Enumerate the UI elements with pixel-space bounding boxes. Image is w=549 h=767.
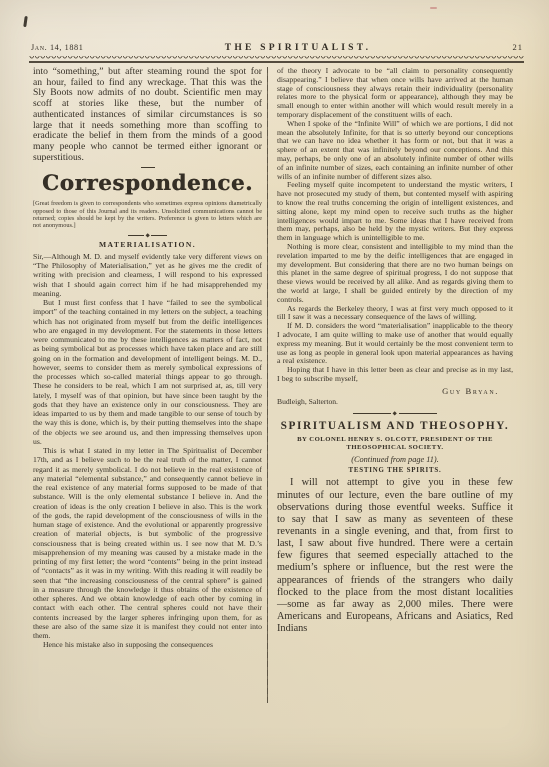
letter-paragraph: Sir,—Although M. D. and myself evidently… [33,252,262,298]
column-divider-rule [267,67,268,703]
left-column: into “something,” but after steaming rou… [33,67,262,650]
editorial-note: [Great freedom is given to correspondent… [33,200,262,229]
letter-paragraph: This is what I stated in my letter in Th… [33,446,262,640]
masthead: Jan. 14, 1881 THE SPIRITUALIST. 21 [31,42,523,53]
divider-line [399,413,437,414]
issue-date: Jan. 14, 1881 [31,43,83,52]
letter-paragraph: If M. D. considers the word “materialisa… [277,322,513,366]
article-divider [277,412,513,415]
article-continuation-paragraph: into “something,” but after steaming rou… [33,67,262,163]
letter-paragraph: Feeling myself quite incompetent to unde… [277,181,513,243]
letter-paragraph: Hoping that I have in this letter been a… [277,366,513,384]
letter-signature: Guy Bryan. [277,386,513,396]
newspaper-page: Jan. 14, 1881 THE SPIRITUALIST. 21 into … [0,0,549,767]
letter-paragraph: As regards the Berkeley theory, I was at… [277,305,513,323]
correspondence-heading: Correspondence. [33,171,262,197]
article-paragraph: I will not attempt to give you in these … [277,477,513,635]
continued-from-note: (Continued from page 11). [277,455,513,464]
article-title: SPIRITUALISM AND THEOSOPHY. [277,420,513,432]
page-number: 21 [513,42,524,52]
section-dash-divider [141,167,155,168]
divider-line [128,235,144,236]
red-scan-mark [430,7,437,9]
article-subheading: TESTING THE SPIRITS. [277,467,513,474]
letter-paragraph: Hence his mistake also in supposing the … [33,640,262,649]
divider-diamond [393,411,398,416]
letter-signature-place: Budleigh, Salterton. [277,397,513,406]
divider-line [353,413,391,414]
masthead-wavy-rule [29,56,524,64]
letter-paragraph: When I spoke of the “Infinite Will” of w… [277,120,513,182]
right-column: of the theory I advocate to be “all clai… [277,67,513,635]
divider-line [151,235,167,236]
letter-paragraph: Nothing is more clear, consistent and in… [277,243,513,305]
letter-paragraph: But I must first confess that I have “fa… [33,298,262,446]
ink-speck [23,16,27,27]
divider-diamond [145,233,150,238]
article-byline: BY COLONEL HENRY S. OLCOTT, PRESIDENT OF… [277,436,513,453]
letter-title: MATERIALISATION. [33,240,262,249]
letter-divider [33,234,262,237]
publication-title: THE SPIRITUALIST. [83,42,512,53]
letter-paragraph: of the theory I advocate to be “all clai… [277,67,513,120]
